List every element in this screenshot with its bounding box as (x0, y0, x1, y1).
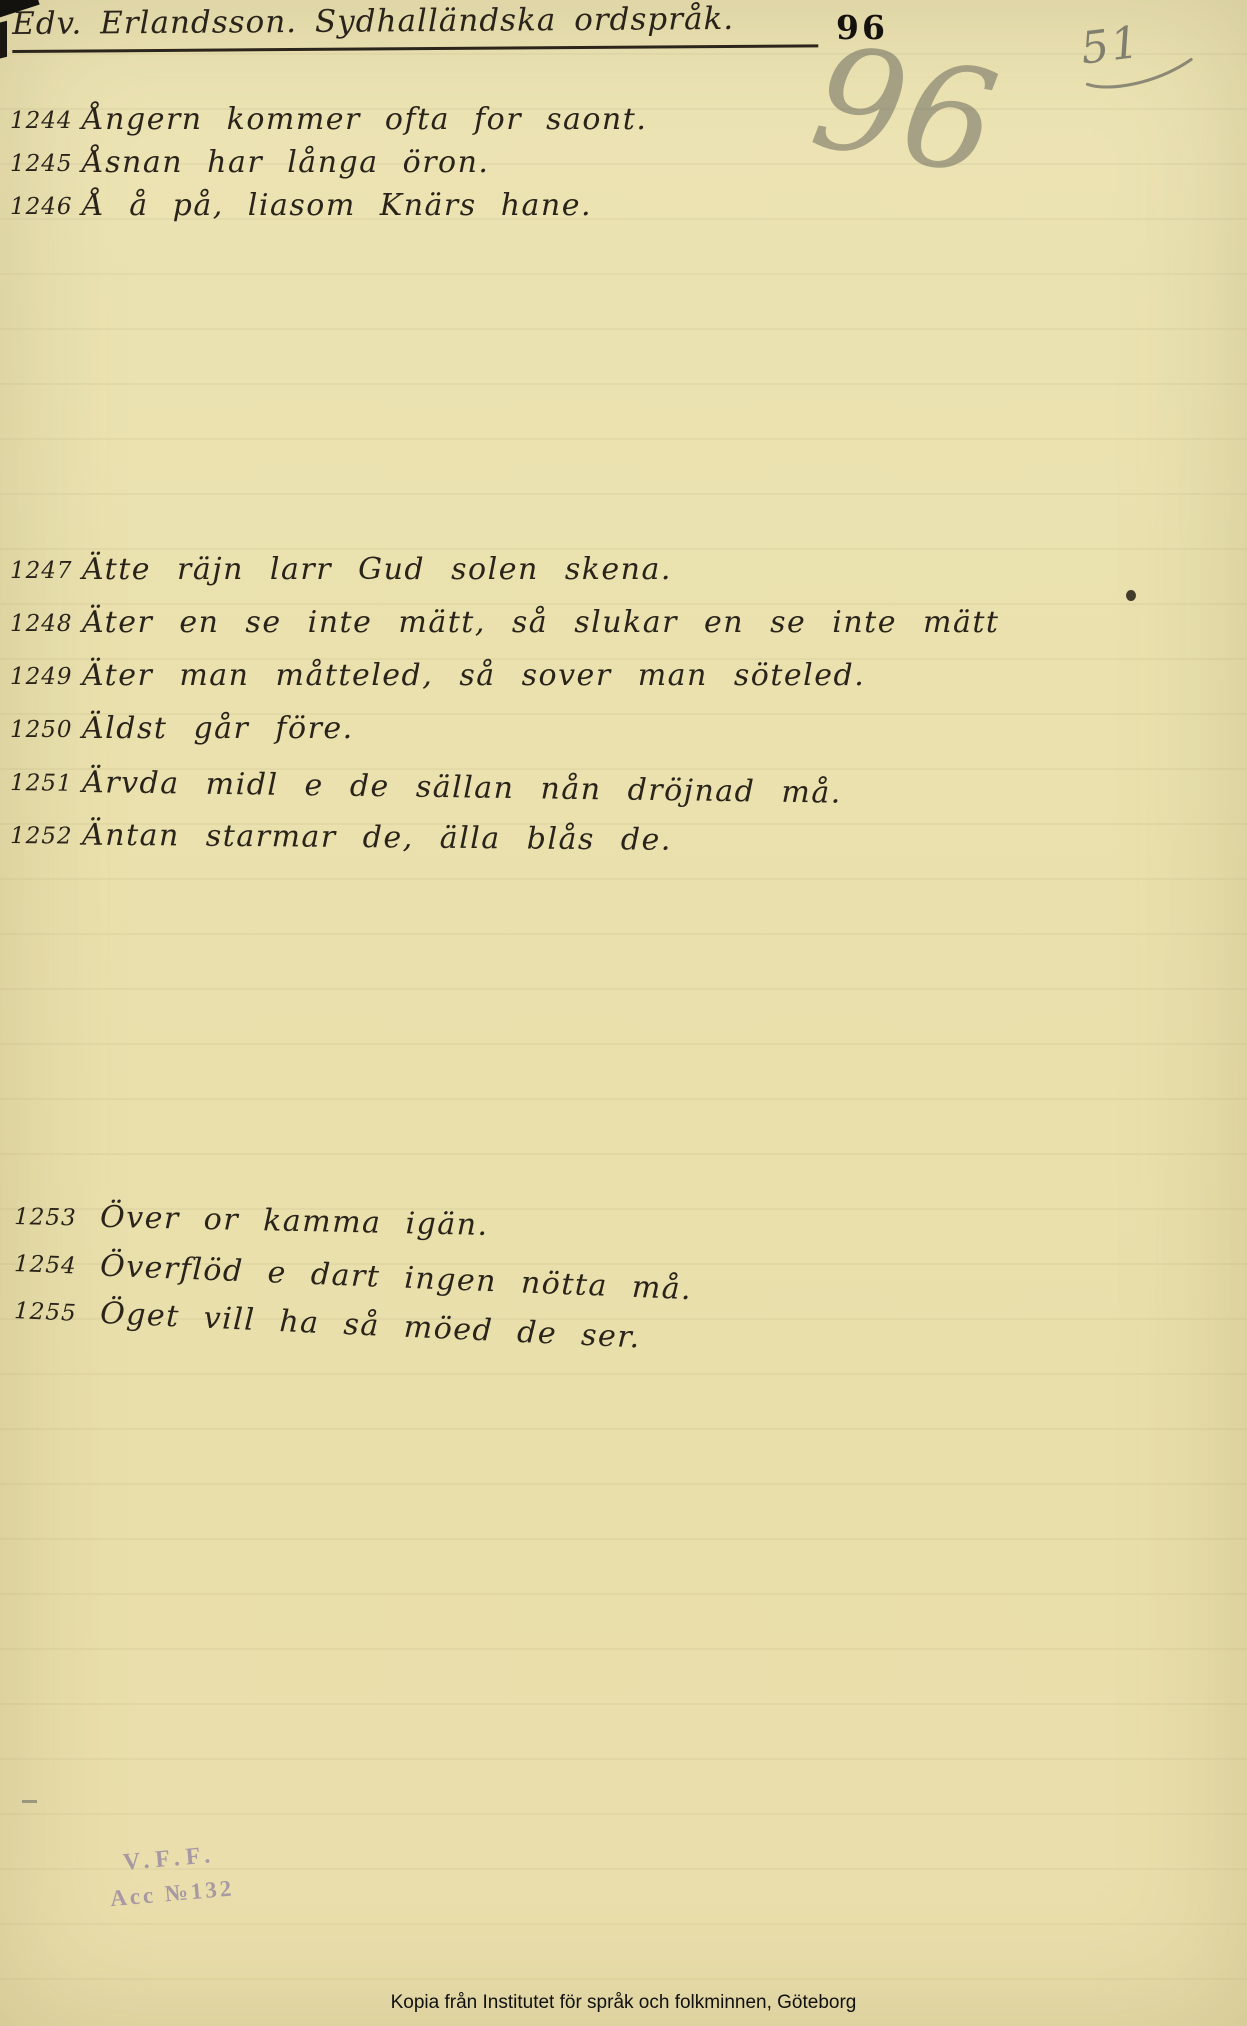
entry-text: Ärvda midl e de sällan nån dröjnad må. (82, 765, 842, 811)
entry-number: 1245 (10, 145, 82, 177)
stamp-line-1: V.F.F. (122, 1841, 232, 1877)
entry-number: 1251 (10, 764, 82, 797)
entry-text: Äter en se inte mätt, så slukar en se in… (82, 605, 999, 640)
entry-text: Äldst går före. (82, 711, 354, 746)
entry-number: 1244 (10, 102, 82, 134)
page-title: Edv. Erlandsson. Sydhalländska ordspråk. (12, 0, 818, 42)
stamp-line-2: Acc №132 (109, 1875, 235, 1912)
archive-stamp: V.F.F. Acc №132 (122, 1841, 235, 1911)
entry-text: Ätte räjn larr Gud solen skena. (82, 552, 672, 587)
proverb-entry: 1250 Äldst går före. (10, 711, 999, 764)
entry-text: Ångern kommer ofta for saont. (82, 102, 647, 137)
manuscript-page: Edv. Erlandsson. Sydhalländska ordspråk.… (0, 0, 1247, 2026)
entry-number: 1255 (14, 1292, 101, 1328)
entry-text: Över or kamma igän. (100, 1200, 489, 1243)
page-header: Edv. Erlandsson. Sydhalländska ordspråk. (12, 0, 818, 53)
corner-number: 51 (1078, 10, 1198, 94)
proverb-entry: 1248 Äter en se inte mätt, så slukar en … (10, 605, 999, 658)
entry-text: Äntan starmar de, älla blås de. (82, 818, 672, 858)
entry-number: 1248 (10, 605, 82, 637)
proverb-entry: 1244 Ångern kommer ofta for saont. (10, 102, 647, 145)
entry-text: Å å på, liasom Knärs hane. (82, 188, 592, 223)
entry-number: 1246 (10, 188, 82, 220)
entry-number: 1249 (10, 658, 82, 690)
footer-credit: Kopia från Institutet för språk och folk… (0, 1992, 1247, 2014)
entry-text: Äter man måtteled, så sover man söteled. (82, 658, 865, 693)
proverb-entry: 1245 Åsnan har långa öron. (10, 145, 647, 188)
ink-blot (1126, 590, 1136, 601)
entry-number: 1247 (10, 552, 82, 584)
entry-number: 1252 (10, 817, 82, 850)
proverb-entry: 1247 Ätte räjn larr Gud solen skena. (10, 552, 999, 605)
proverb-entry: 1246 Å å på, liasom Knärs hane. (10, 188, 647, 231)
pencil-mark (22, 1800, 37, 1803)
proverb-group-1: 1244 Ångern kommer ofta for saont. 1245 … (10, 102, 647, 231)
entry-number: 1253 (14, 1198, 101, 1232)
entry-text: Åsnan har långa öron. (82, 145, 489, 180)
proverb-group-2: 1247 Ätte räjn larr Gud solen skena. 124… (10, 552, 999, 870)
proverb-entry: 1249 Äter man måtteled, så sover man söt… (10, 658, 999, 711)
entry-number: 1254 (14, 1245, 101, 1280)
entry-number: 1250 (10, 711, 82, 743)
scan-edge-artifact (0, 21, 7, 59)
proverb-group-3: 1253 Över or kamma igän. 1254 Överflöd e… (14, 1198, 692, 1339)
pencil-page-number: 96 (803, 26, 1006, 197)
proverb-entry: 1252 Äntan starmar de, älla blås de. (10, 817, 1000, 879)
